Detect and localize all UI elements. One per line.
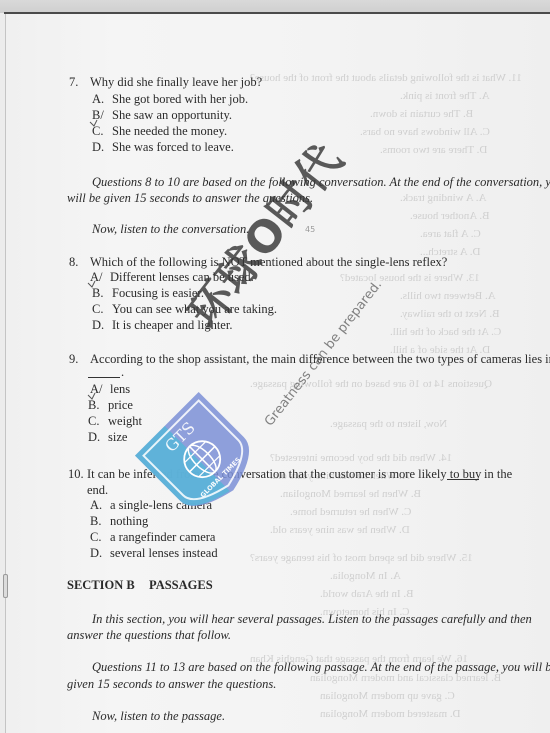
listen-passage: Now, listen to the passage. (92, 708, 225, 725)
instruction-q11-13-line2: given 15 seconds to answer the questions… (67, 676, 276, 693)
answer-blank (88, 377, 120, 378)
question-text: Why did she finally leave her job? (90, 74, 262, 91)
global-times-logo-icon: GTS GLOBAL TIMES (128, 385, 258, 515)
page-left-edge (5, 14, 6, 733)
section-b-intro-line1: In this section, you will hear several p… (92, 611, 532, 628)
question-10-tail: in the (484, 466, 512, 483)
question-number: 8. (69, 254, 78, 271)
section-title: PASSAGES (149, 578, 213, 593)
section-label: SECTION B (67, 578, 135, 593)
question-10-end: end. (87, 482, 108, 499)
section-b-intro-line2: answer the questions that follow. (67, 627, 231, 644)
question-number: 9. (69, 351, 78, 368)
question-number: 10. (68, 466, 84, 483)
instruction-q11-13-line1: Questions 11 to 13 are based on the foll… (92, 659, 550, 676)
binder-mark (3, 574, 8, 598)
question-9-end: . (121, 364, 124, 381)
page-top-edge (4, 12, 550, 14)
question-number: 7. (69, 74, 78, 91)
answer-blank (447, 479, 479, 480)
